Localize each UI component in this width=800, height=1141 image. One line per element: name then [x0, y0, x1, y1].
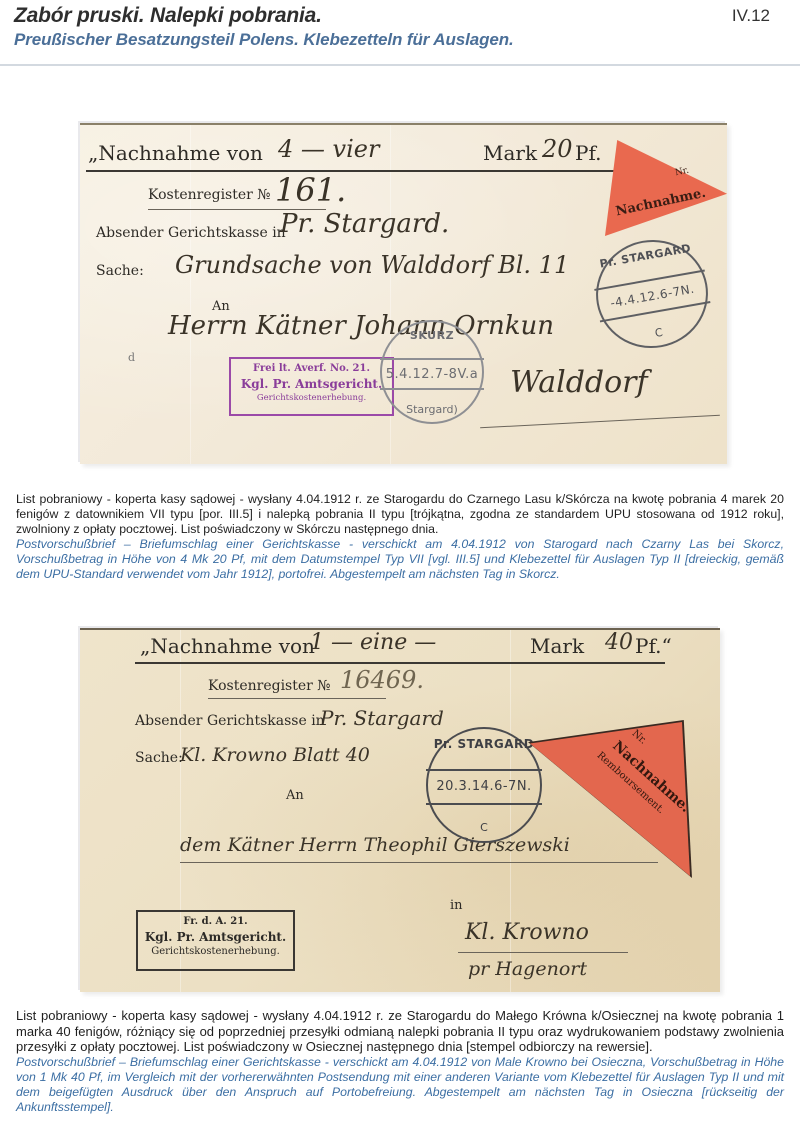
arrival-postmark: SKURZ 5.4.12.7-8V.a Stargard)	[380, 320, 484, 424]
nachnahme-label: „Nachnahme von	[88, 141, 263, 165]
dispatch-postmark: Pr. STARGARD -4.4.12.6-7N. C	[587, 231, 716, 357]
caption-2: List pobraniowy - koperta kasy sądowej -…	[16, 1008, 784, 1115]
mark-label: Mark	[483, 141, 537, 165]
underline	[208, 698, 386, 699]
underline	[180, 862, 658, 863]
underline	[86, 170, 626, 172]
postmark-date: -4.4.12.6-7N.	[594, 270, 710, 322]
page-number: IV.12	[732, 6, 770, 26]
handwritten-destination: Kl. Krowno	[465, 920, 589, 945]
nachnahme-label-triangle	[605, 140, 727, 236]
handwritten-addressee: Herrn Kätner Johann Ornkun	[168, 311, 554, 341]
in-label: in	[450, 898, 463, 913]
d-label: d	[128, 351, 135, 364]
caption-1-german: Postvorschußbrief – Briefumschlag einer …	[16, 537, 784, 582]
kostenregister-label: Kostenregister №	[148, 187, 271, 203]
page-title: Zabór pruski. Nalepki pobrania.	[14, 4, 322, 28]
franking-stamp-violet: Frei lt. Averf. No. 21. Kgl. Pr. Amtsger…	[229, 357, 394, 416]
underline	[135, 662, 665, 664]
postmark-code: C	[428, 821, 540, 834]
fold-line	[190, 125, 191, 464]
page-subtitle: Preußischer Besatzungsteil Polens. Klebe…	[14, 30, 514, 50]
handwritten-destination: Walddorf	[510, 365, 648, 400]
absender-label: Absender Gerichtskasse in	[96, 225, 286, 241]
underline	[458, 952, 628, 953]
postmark-date: 5.4.12.7-8V.a	[380, 358, 484, 390]
envelope-1: „Nachnahme von 4 — vier Mark 20 Pf. Kost…	[80, 123, 727, 464]
caption-2-german: Postvorschußbrief – Briefumschlag einer …	[16, 1055, 784, 1115]
handwritten-amount-pf: 20	[542, 135, 573, 163]
handwritten-sender-town: Pr. Stargard	[320, 706, 444, 730]
sache-label: Sache:	[135, 750, 183, 766]
caption-1: List pobraniowy - koperta kasy sądowej -…	[16, 492, 784, 582]
handwritten-subject: Kl. Krowno Blatt 40	[180, 744, 370, 766]
handwritten-amount-pf: 40	[605, 630, 633, 655]
kostenregister-label: Kostenregister №	[208, 678, 331, 694]
franking-stamp-line3: Gerichtskostenerhebung.	[138, 945, 293, 958]
franking-stamp-line3: Gerichtskostenerhebung.	[231, 392, 392, 405]
postmark-town-lower: Stargard)	[382, 403, 482, 416]
franking-stamp-line2: Kgl. Pr. Amtsgericht.	[138, 929, 293, 945]
postmark-town: Pr. STARGARD	[428, 737, 540, 751]
mark-label: Mark	[530, 634, 584, 658]
franking-stamp-black: Fr. d. A. 21. Kgl. Pr. Amtsgericht. Geri…	[136, 910, 295, 971]
envelope-2: „Nachnahme von 1 — eine — Mark 40 Pf.“ K…	[80, 628, 720, 992]
postmark-code: C	[605, 317, 714, 349]
handwritten-sender-town: Pr. Stargard.	[280, 209, 449, 239]
an-label: An	[286, 788, 304, 803]
header-divider	[0, 64, 800, 66]
franking-stamp-line1: Fr. d. A. 21.	[138, 915, 293, 929]
nachnahme-label: „Nachnahme von	[140, 634, 315, 658]
postmark-date: 20.3.14.6-7N.	[426, 769, 542, 804]
underline	[480, 415, 720, 429]
postmark-town: SKURZ	[382, 329, 482, 342]
handwritten-addressee: dem Kätner Herrn Theophil Gierszewski	[180, 834, 570, 856]
handwritten-register-no: 16469.	[340, 666, 424, 694]
handwritten-register-no: 161.	[275, 171, 346, 209]
handwritten-amount-mark: 1 — eine —	[310, 630, 436, 655]
franking-stamp-line1: Frei lt. Averf. No. 21.	[231, 362, 392, 376]
dispatch-postmark: Pr. STARGARD 20.3.14.6-7N. C	[426, 727, 542, 843]
handwritten-amount-mark: 4 — vier	[278, 135, 379, 163]
franking-stamp-line2: Kgl. Pr. Amtsgericht.	[231, 376, 392, 392]
handwritten-post-office: pr Hagenort	[468, 958, 587, 980]
caption-1-polish: List pobraniowy - koperta kasy sądowej -…	[16, 492, 784, 536]
handwritten-subject: Grundsache von Walddorf Bl. 11	[175, 251, 569, 279]
pf-label: Pf.“	[635, 634, 672, 658]
postmark-town: Pr. STARGARD	[591, 241, 700, 273]
absender-label: Absender Gerichtskasse in	[135, 713, 325, 729]
pf-label: Pf.	[575, 141, 602, 165]
sache-label: Sache:	[96, 263, 144, 279]
caption-2-polish: List pobraniowy - koperta kasy sądowej -…	[16, 1008, 784, 1054]
